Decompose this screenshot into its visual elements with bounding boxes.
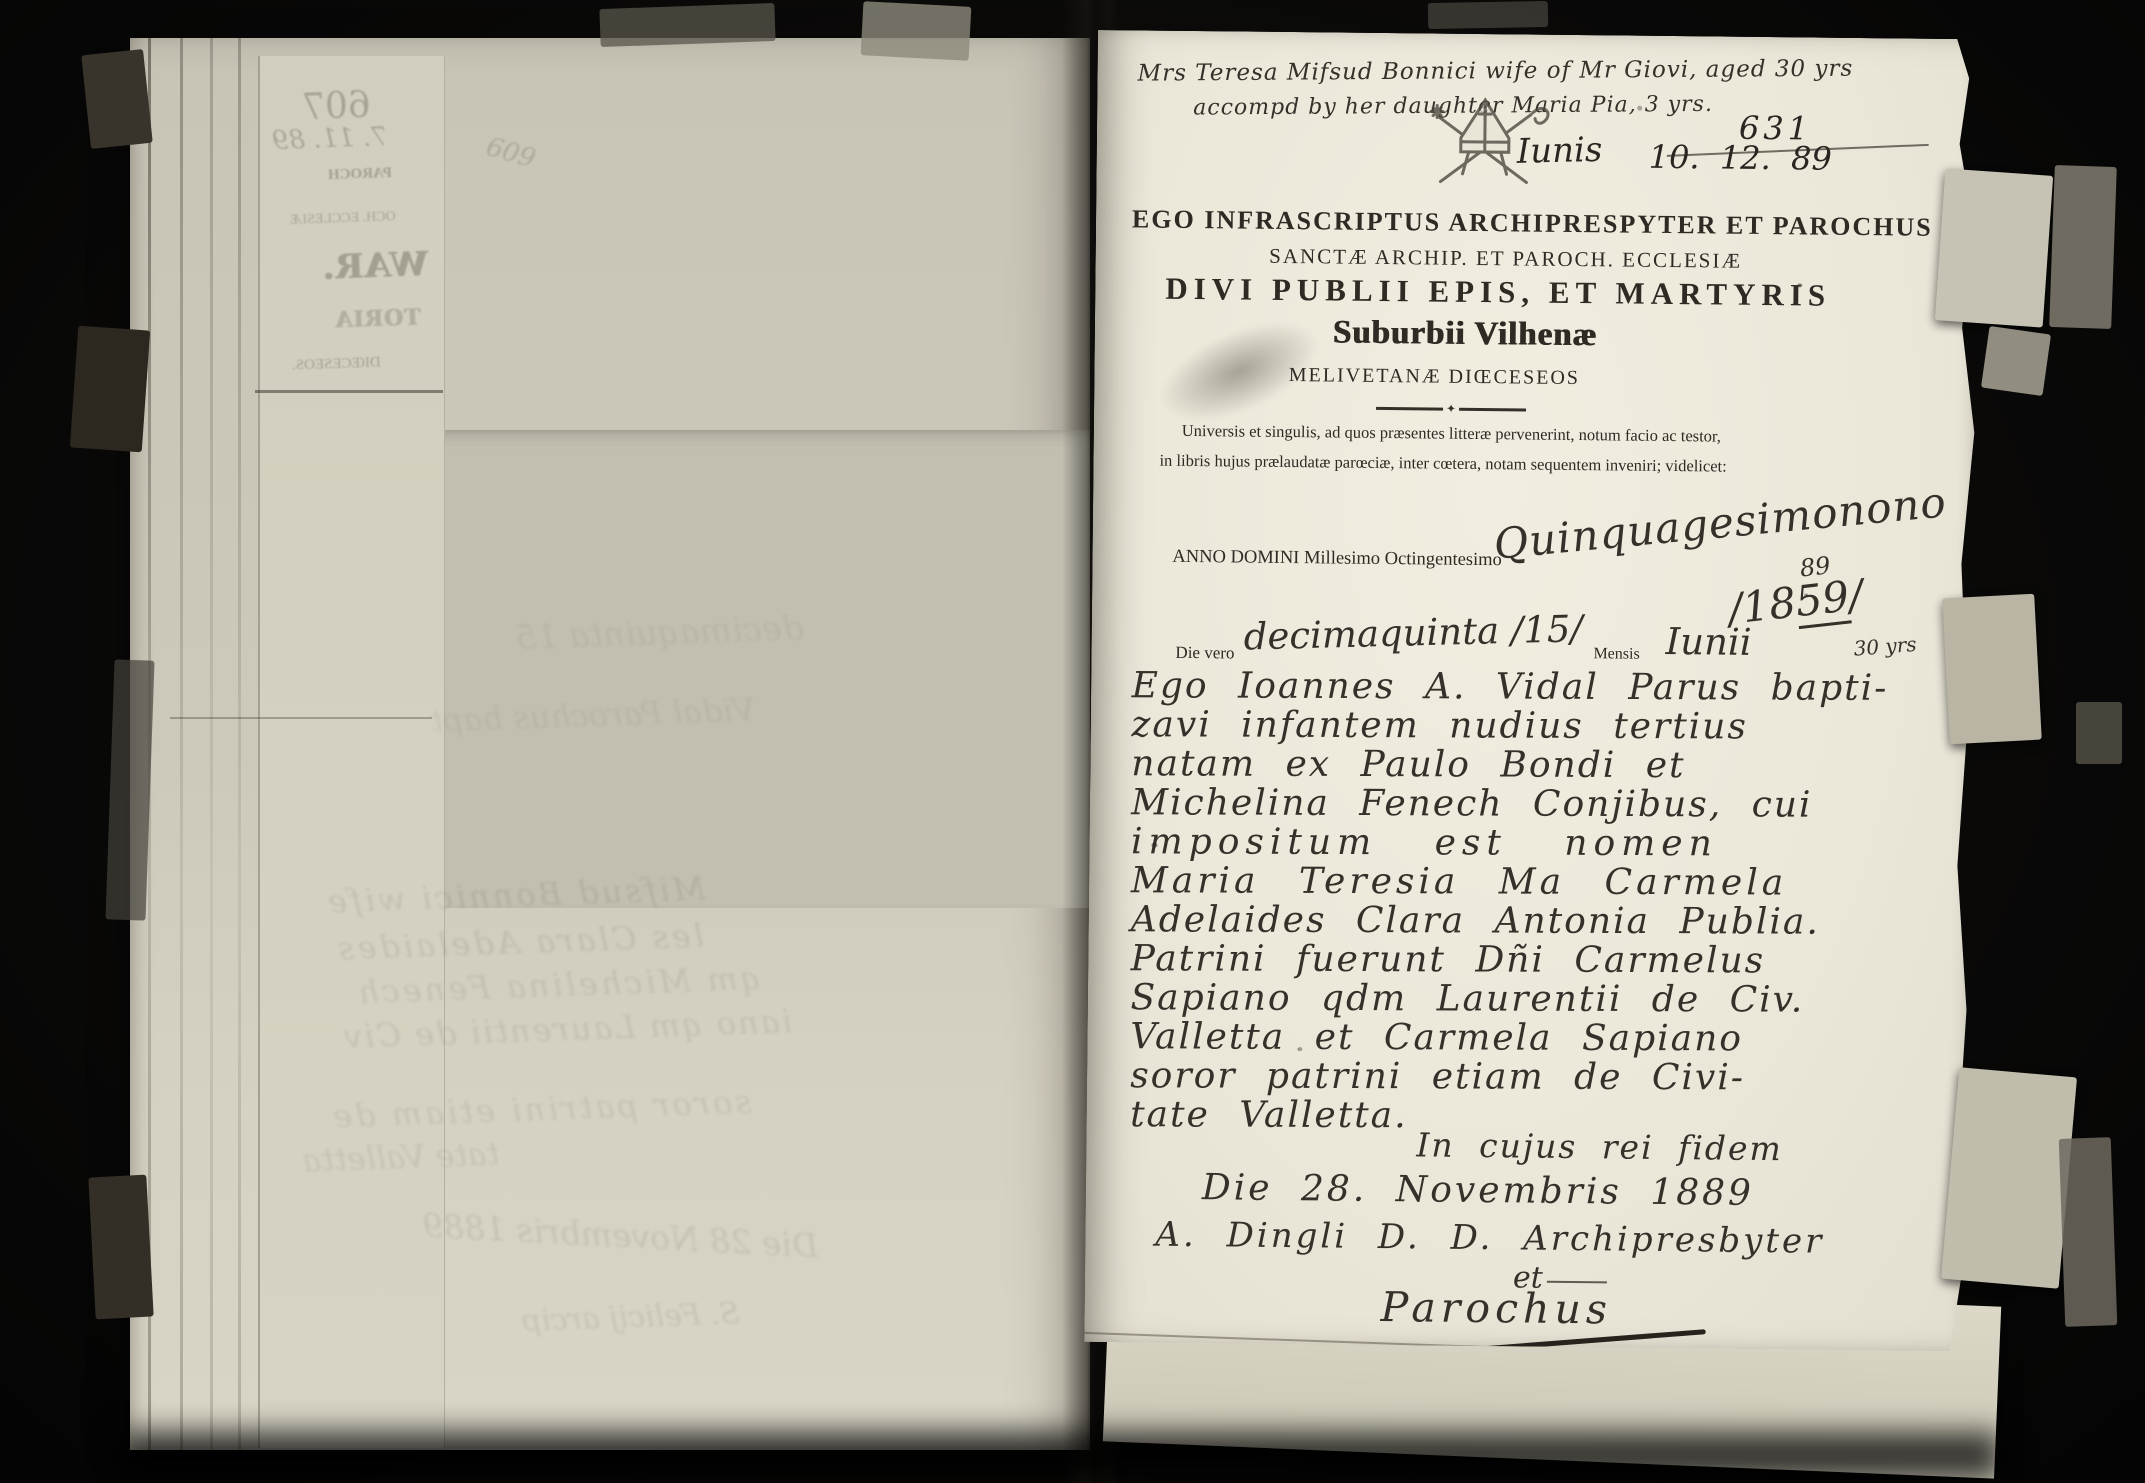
bleedthrough-script: tate Valletta [301,1135,500,1180]
binding-fragment [70,326,150,453]
letterhead-line-3: DIVI PUBLII EPIS, ET MARTYRIS [1165,271,1825,314]
sheet-edge [238,38,241,1450]
book-shadow [120,1432,2000,1478]
entry-line: Sapiano qdm Laurentii de Civ. [1130,977,1804,1020]
entry-line: natam ex Paulo Bondi et [1131,743,1685,786]
day-handwritten: decimaquinta /15/ [1243,607,1583,658]
right-page-certificate: Mrs Teresa Mifsud Bonnici wife of Mr Gio… [1084,30,1982,1351]
faint-number: 609 [483,132,539,175]
entry-line: soror patrini etiam de Civi- [1130,1055,1745,1098]
letterhead-line-2: SANCTÆ ARCHIP. ET PAROCH. ECCLESIÆ [1196,243,1816,274]
letterhead-line-1: EGO INFRASCRIPTUS ARCHIPRESPYTER ET PARO… [1132,204,1932,242]
torn-paper-bit [599,3,775,47]
bleedthrough-print: TORIA [335,305,422,334]
closing-line-1: In cujus rei fidem [1416,1125,1783,1168]
paper-speck [1151,843,1157,848]
torn-paper-bit [861,1,972,61]
intro-line-2: in libris hujus prælaudatæ parœciæ, inte… [1159,451,1726,477]
sheet-edge [210,38,213,1450]
bleedthrough-script: S. Felicij arcip [521,1296,740,1339]
entry-line: Valletta et Carmela Sapiano [1130,1016,1743,1059]
torn-paper-bit [1428,1,1548,29]
tape-piece [2049,165,2117,329]
tape-piece [2076,702,2122,764]
left-page: 607 7. 11. 89 PAROCH OCH. ECCLESIÆ WAR. … [130,38,1090,1450]
signature: A. Dingli D. D. Archipresbyter [1155,1215,1824,1262]
anno-year-handwritten: Quinquagesimonono [1492,477,1949,569]
left-page-overlay-sheet [418,430,1090,908]
bleedthrough-script: Die 28 Novembris 1889 [421,1206,819,1266]
anno-domini-printed: ANNO DOMINI Millesimo Octingentesimo [1172,547,1502,571]
bleedthrough-print: DIŒCESEOS. [292,354,381,374]
entry-line: Patrini fuerunt Dñi Carmelus [1131,938,1766,981]
tape-piece [2059,1137,2118,1327]
entry-line: impositum est nomen [1131,821,1718,864]
bleedthrough-print: PAROCH [328,165,392,184]
entry-line: Maria Teresia Ma Carmela [1131,860,1787,903]
entry-line: Ego Ioannes A. Vidal Parus bapti- [1132,665,1889,709]
crease-line [170,717,432,719]
torn-edge-tab [1942,594,2042,745]
annotation-line-1: Mrs Teresa Mifsud Bonnici wife of Mr Gio… [1138,56,1854,87]
paper-speck [1637,106,1642,111]
bleedthrough-number: 607 [301,85,371,128]
bleedthrough-date: 7. 11. 89 [272,122,389,156]
date-month: Iunis [1516,130,1603,172]
divider-ornament-icon: ✦ [1376,401,1526,417]
bleedthrough-print: WAR. [321,244,429,288]
binding-fragment [81,49,152,149]
paper-speck [1297,1047,1302,1051]
year-correction: 89 [1798,551,1831,582]
mensis-printed: Mensis [1593,645,1639,663]
entry-line: Michelina Fenech Conjibus, cui [1131,782,1812,825]
entry-line: zavi infantem nudius tertius [1131,704,1748,747]
paper-speck [1797,283,1802,287]
entry-line: tate Valletta. [1130,1094,1408,1136]
closing-date: Die 28. Novembris 1889 [1202,1167,1754,1214]
intro-line-1: Universis et singulis, ad quos præsentes… [1182,421,1721,447]
date-figures: 10. 12. 89 [1649,138,1833,178]
binding-fragment [88,1175,153,1320]
pen-stroke [1547,1281,1607,1284]
sheet-edge [180,38,183,1450]
torn-edge-tab [1941,1067,2077,1288]
entry-line: Adelaides Clara Antonia Publia. [1131,899,1820,942]
month-handwritten: Iunii [1665,620,1751,664]
torn-edge-tab [1981,326,2051,396]
scanned-register-photo: 607 7. 11. 89 PAROCH OCH. ECCLESIÆ WAR. … [0,0,2145,1483]
handwritten-entry: Ego Ioannes A. Vidal Parus bapti- zavi i… [1130,665,1952,1148]
torn-edge-tab [1935,168,2053,327]
crease-line [255,390,443,393]
age-note: 30 yrs [1853,632,1918,661]
signature-title: Parochus [1380,1283,1612,1333]
die-vero-printed: Die vero [1175,643,1234,664]
paper-speck [1804,593,1808,597]
